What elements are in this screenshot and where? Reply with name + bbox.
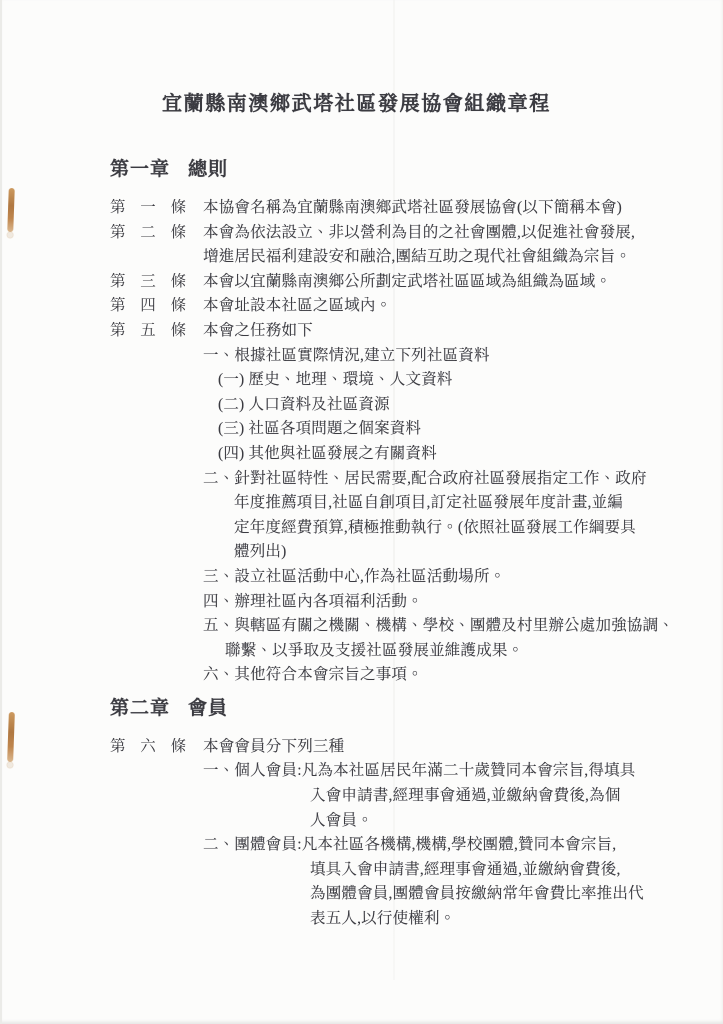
article-body: 本協會名稱為宜蘭縣南澳鄉武塔社區發展協會(以下簡稱本會) [203,196,672,221]
chapter-title: 會員 [188,694,228,724]
member-item-line: 人會員。 [310,809,672,834]
article-label-suf: 條 [170,735,186,760]
article-label-suf: 條 [170,294,186,319]
article-label-num: 六 [140,735,156,760]
article-row-3: 第 三 條 本會以宜蘭縣南澳鄉公所劃定武塔社區區域為組織為區域。 [110,270,672,295]
article-text-line: 本會址設本社區之區域內。 [203,294,672,319]
article-label: 第 五 條 [110,319,186,688]
task-subitem-line: (一) 歷史、地理、環境、人文資料 [218,368,672,393]
member-item-line: 填具入會申請書,經理事會通過,並繳納會費後, [310,858,672,883]
article-row-1: 第 一 條 本協會名稱為宜蘭縣南澳鄉武塔社區發展協會(以下簡稱本會) [110,196,672,221]
member-item-line: 表五人,以行使權利。 [310,907,672,932]
chapter-title: 總則 [188,155,228,185]
article-text-line: 本會以宜蘭縣南澳鄉公所劃定武塔社區區域為組織為區域。 [203,270,672,295]
article-label-num: 二 [140,221,156,246]
chapter-number: 第二章 [110,694,170,724]
article-row-2: 第 二 條 本會為依法設立、非以營利為目的之社會團體,以促進社會發展, 增進居民… [110,221,672,270]
article-label: 第 二 條 [110,221,186,270]
article-label-num: 五 [140,319,156,344]
task-item-line: 聯繫、以爭取及支援社區發展並維護成果。 [225,639,672,664]
task-item-line: 二、針對社區特性、居民需要,配合政府社區發展指定工作、政府 [203,467,672,492]
article-label-pre: 第 [110,294,126,319]
article-label-num: 一 [140,196,156,221]
article-label: 第 四 條 [110,294,186,319]
article-label-pre: 第 [110,270,126,295]
task-subitem-line: (二) 人口資料及社區資源 [218,393,672,418]
binding-mark-bottom [7,712,15,762]
article-body: 本會會員分下列三種 一、個人會員:凡為本社區居民年滿二十歲贊同本會宗旨,得填具 … [203,735,672,932]
member-item-line: 為團體會員,團體會員按繳納常年會費比率推出代 [310,882,672,907]
member-item-line: 入會申請書,經理事會通過,並繳納會費後,為個 [310,784,672,809]
article-label: 第 六 條 [110,735,186,932]
article-text-line: 增進居民福利建設安和融洽,團結互助之現代社會組織為宗旨。 [203,245,672,270]
task-item-line: 五、與轄區有關之機關、機構、學校、團體及村里辦公處加強協調、 [203,614,672,639]
article-text-line: 本協會名稱為宜蘭縣南澳鄉武塔社區發展協會(以下簡稱本會) [203,196,672,221]
article-text-line: 本會之任務如下 [203,319,672,344]
article-label-pre: 第 [110,221,126,246]
task-subitem-line: (四) 其他與社區發展之有關資料 [218,442,672,467]
task-item-line: 六、其他符合本會宗旨之事項。 [203,663,672,688]
article-label-suf: 條 [170,221,186,246]
chapter-1-articles: 第 一 條 本協會名稱為宜蘭縣南澳鄉武塔社區發展協會(以下簡稱本會) 第 二 條… [110,196,672,688]
article-label-num: 四 [140,294,156,319]
article-label-suf: 條 [170,319,186,344]
task-item-line: 三、設立社區活動中心,作為社區活動場所。 [203,565,672,590]
article-label-pre: 第 [110,196,126,221]
binding-mark-top [7,188,15,232]
binding-bead [7,762,13,768]
article-text-line: 本會會員分下列三種 [203,735,672,760]
chapter-heading-2: 第二章 會員 [110,694,672,724]
article-label-suf: 條 [170,196,186,221]
article-body: 本會為依法設立、非以營利為目的之社會團體,以促進社會發展, 增進居民福利建設安和… [203,221,672,270]
task-subitem-line: (三) 社區各項問題之個案資料 [218,417,672,442]
chapter-number: 第一章 [110,155,170,185]
task-item-line: 一、根據社區實際情況,建立下列社區資料 [203,344,672,369]
task-item-line: 體列出) [234,540,672,565]
article-body: 本會之任務如下 一、根據社區實際情況,建立下列社區資料 (一) 歷史、地理、環境… [203,319,672,688]
task-item-line: 四、辦理社區內各項福利活動。 [203,590,672,615]
member-item-line: 二、團體會員:凡本社區各機構,機構,學校團體,贊同本會宗旨, [203,833,672,858]
binding-bead [7,232,13,238]
scanned-document-page: 宜蘭縣南澳鄉武塔社區發展協會組織章程 第一章 總則 第 一 條 本協會名稱為宜蘭… [0,0,723,1024]
member-item-line: 一、個人會員:凡為本社區居民年滿二十歲贊同本會宗旨,得填具 [203,759,672,784]
article-row-4: 第 四 條 本會址設本社區之區域內。 [110,294,672,319]
document-title: 宜蘭縣南澳鄉武塔社區發展協會組織章程 [162,90,672,118]
article-body: 本會址設本社區之區域內。 [203,294,672,319]
chapter-2-articles: 第 六 條 本會會員分下列三種 一、個人會員:凡為本社區居民年滿二十歲贊同本會宗… [110,735,672,932]
article-label-num: 三 [140,270,156,295]
article-row-5: 第 五 條 本會之任務如下 一、根據社區實際情況,建立下列社區資料 (一) 歷史… [110,319,672,688]
article-text-line: 本會為依法設立、非以營利為目的之社會團體,以促進社會發展, [203,221,672,246]
article-label-suf: 條 [170,270,186,295]
article-label: 第 一 條 [110,196,186,221]
task-item-line: 年度推薦項目,社區自創項目,訂定社區發展年度計畫,並編 [234,491,672,516]
article-label-pre: 第 [110,319,126,344]
task-item-line: 定年度經費預算,積極推動執行。(依照社區發展工作綱要具 [234,516,672,541]
article-label: 第 三 條 [110,270,186,295]
article-label-pre: 第 [110,735,126,760]
document-content: 宜蘭縣南澳鄉武塔社區發展協會組織章程 第一章 總則 第 一 條 本協會名稱為宜蘭… [110,90,672,932]
article-body: 本會以宜蘭縣南澳鄉公所劃定武塔社區區域為組織為區域。 [203,270,672,295]
chapter-heading-1: 第一章 總則 [110,155,672,185]
article-row-6: 第 六 條 本會會員分下列三種 一、個人會員:凡為本社區居民年滿二十歲贊同本會宗… [110,735,672,932]
